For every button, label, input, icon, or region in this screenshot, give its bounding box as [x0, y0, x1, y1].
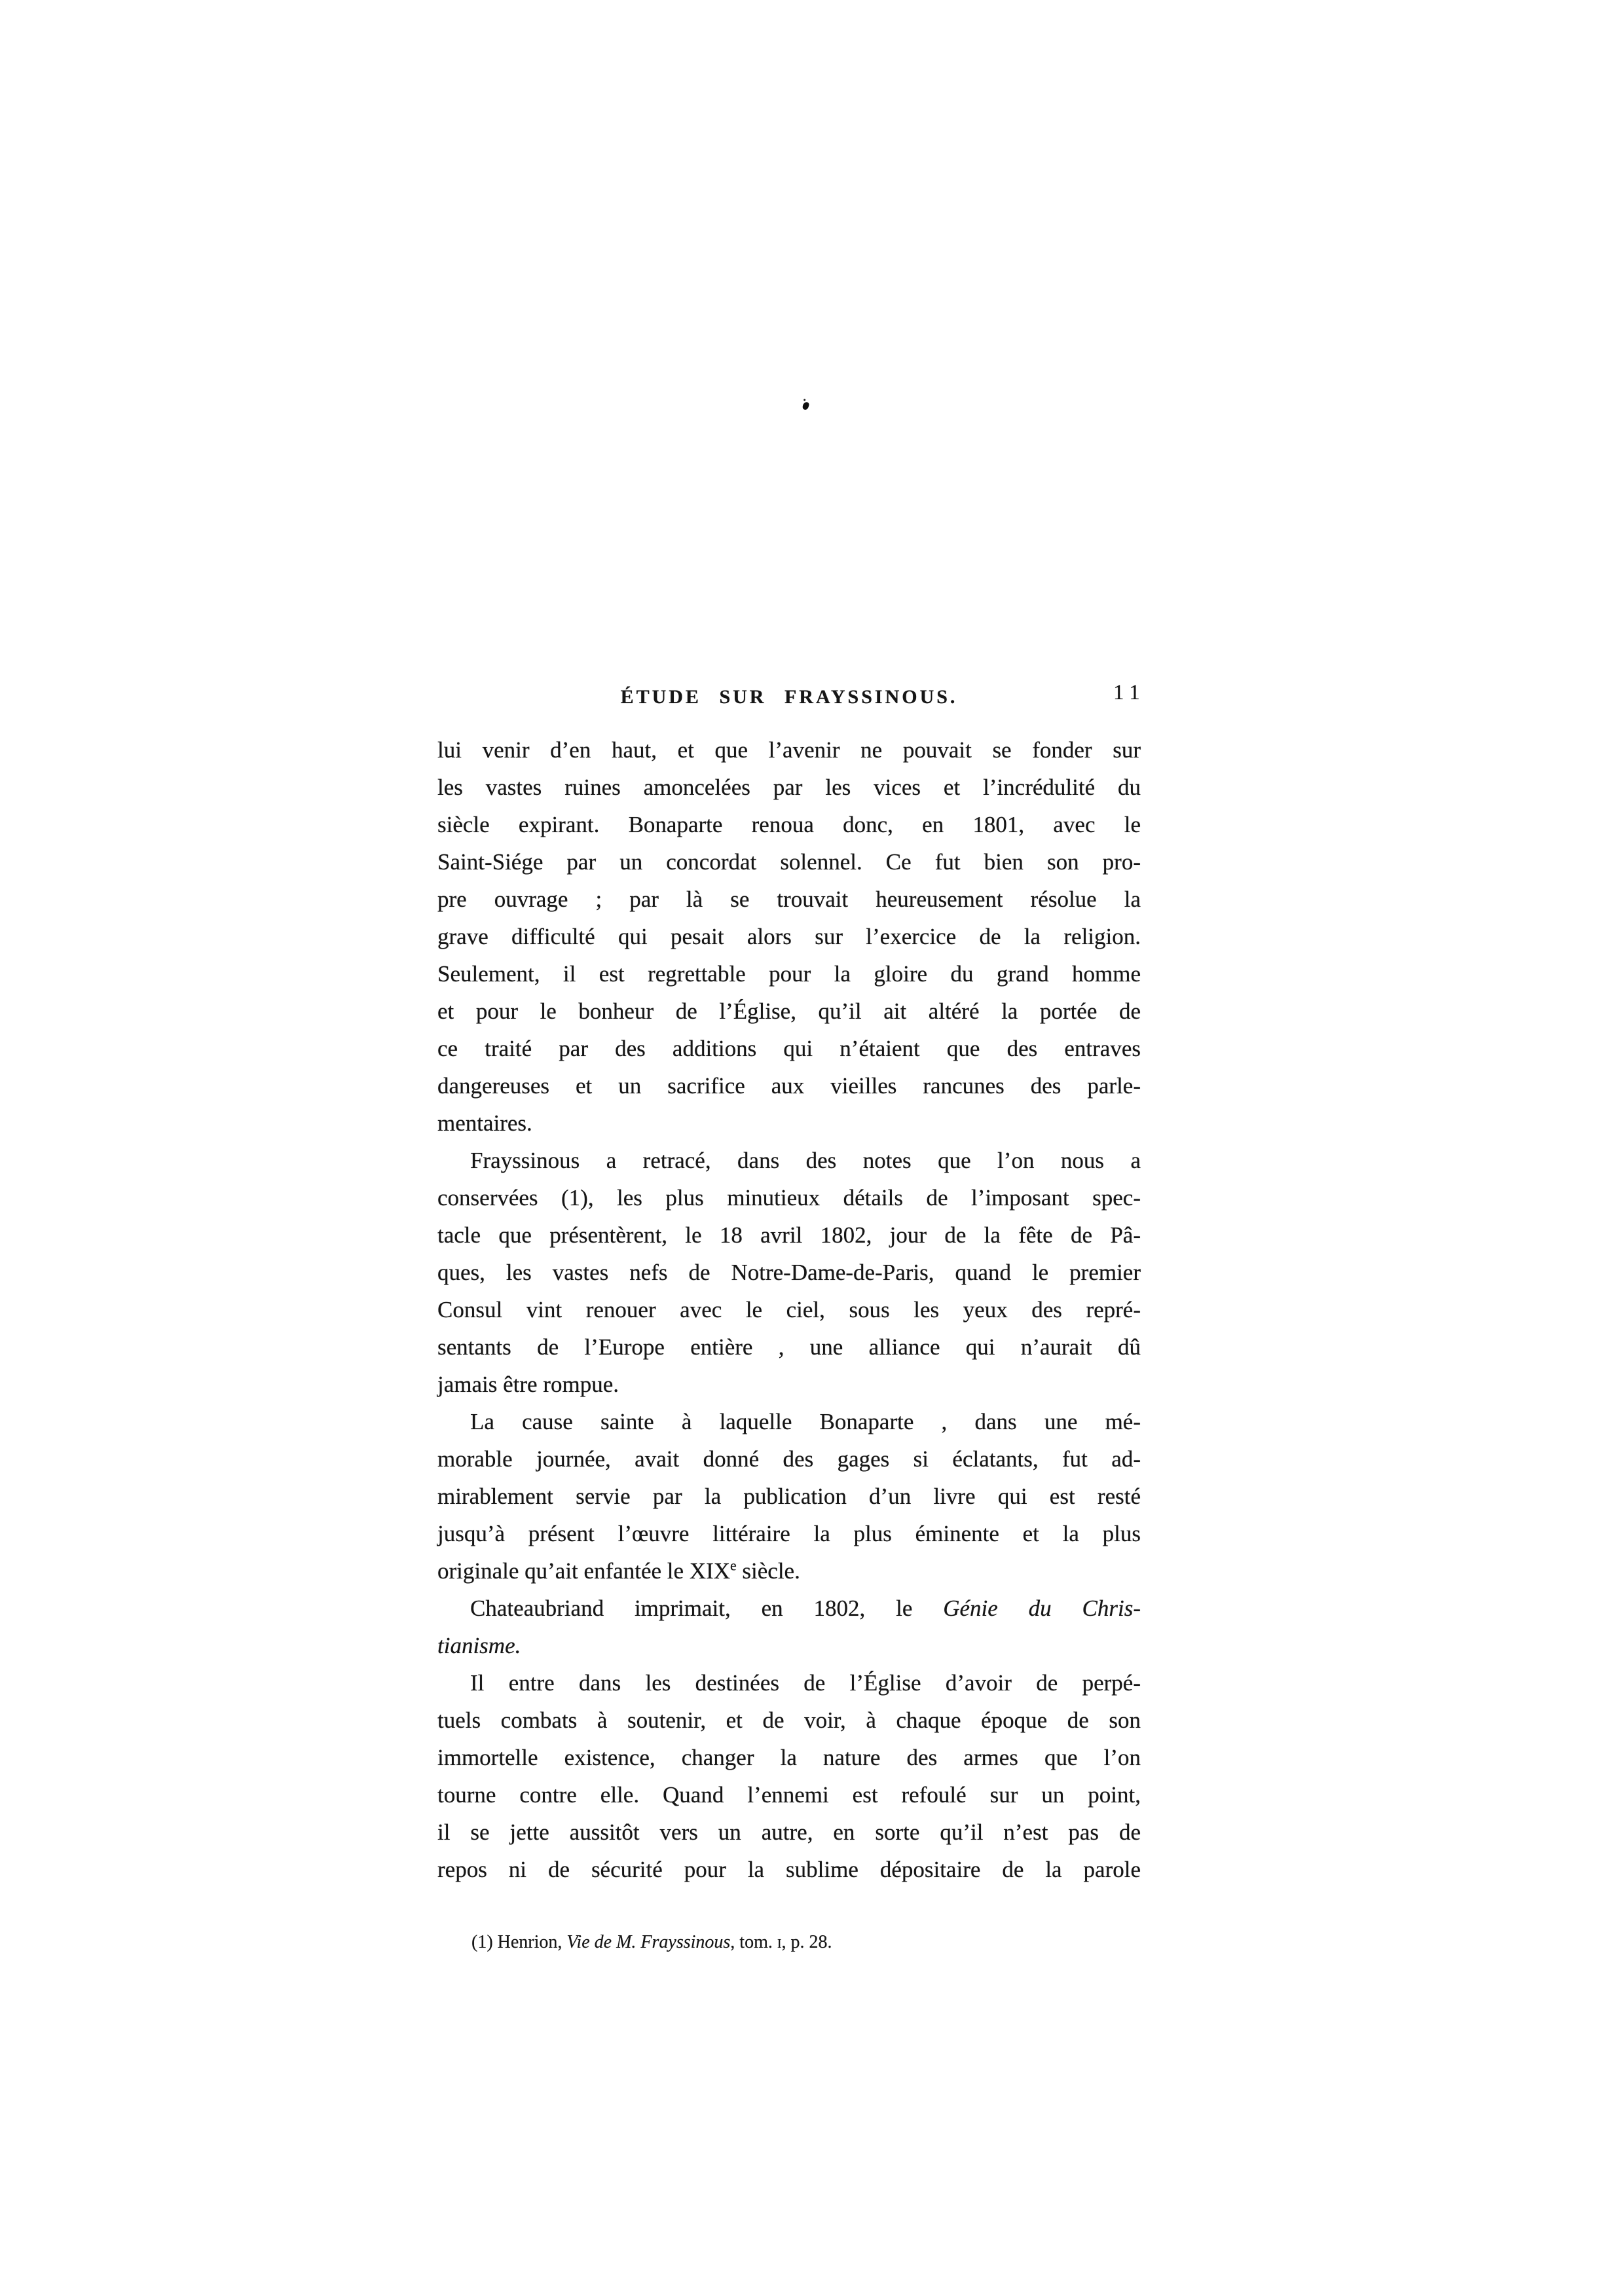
text-segment: ques, les vastes nefs de Notre-Dame-de-P…: [437, 1260, 1141, 1285]
body-line: Frayssinous a retracé, dans des notes qu…: [437, 1142, 1141, 1179]
text-segment: siècle expirant. Bonaparte renoua donc, …: [437, 812, 1141, 837]
text-segment: tacle que présentèrent, le 18 avril 1802…: [437, 1222, 1141, 1248]
text-segment: immortelle existence, changer la nature …: [437, 1745, 1141, 1770]
body-line: tuels combats à soutenir, et de voir, à …: [437, 1702, 1141, 1739]
body-line: les vastes ruines amoncelées par les vic…: [437, 769, 1141, 806]
body-line: et pour le bonheur de l’Église, qu’il ai…: [437, 993, 1141, 1030]
body-line: mentaires.: [437, 1104, 1141, 1142]
text-segment: jamais être rompue.: [437, 1372, 619, 1397]
body-line: ce traité par des additions qui n’étaien…: [437, 1030, 1141, 1067]
text-segment: , tom.: [730, 1932, 777, 1952]
body-line: dangereuses et un sacrifice aux vieilles…: [437, 1067, 1141, 1104]
text-segment: et pour le bonheur de l’Église, qu’il ai…: [437, 998, 1141, 1024]
body-line: il se jette aussitôt vers un autre, en s…: [437, 1813, 1141, 1851]
body-line: siècle expirant. Bonaparte renoua donc, …: [437, 806, 1141, 843]
text-segment: conservées (1), les plus minutieux détai…: [437, 1185, 1141, 1211]
text-segment: il se jette aussitôt vers un autre, en s…: [437, 1819, 1141, 1845]
text-segment: Frayssinous a retracé, dans des notes qu…: [470, 1148, 1141, 1173]
body-text-block: lui venir d’en haut, et que l’avenir ne …: [437, 731, 1141, 1888]
text-segment: ce traité par des additions qui n’étaien…: [437, 1036, 1141, 1061]
text-segment: Génie du Chris-: [943, 1595, 1141, 1621]
body-line: repos ni de sécurité pour la sublime dép…: [437, 1851, 1141, 1888]
text-segment: lui venir d’en haut, et que l’avenir ne …: [437, 737, 1141, 763]
text-segment: Chateaubriand imprimait, en 1802, le: [470, 1595, 943, 1621]
body-line: originale qu’ait enfantée le XIXe siècle…: [437, 1552, 1141, 1590]
body-line: Seulement, il est regrettable pour la gl…: [437, 955, 1141, 993]
text-segment: , p. 28.: [782, 1932, 832, 1952]
text-segment: morable journée, avait donné des gages s…: [437, 1446, 1141, 1472]
body-line: mirablement servie par la publication d’…: [437, 1478, 1141, 1515]
body-line: ques, les vastes nefs de Notre-Dame-de-P…: [437, 1254, 1141, 1291]
book-page: ÉTUDE SUR FRAYSSINOUS. 11 lui venir d’en…: [0, 0, 1624, 2296]
text-segment: e: [730, 1558, 737, 1573]
text-segment: dangereuses et un sacrifice aux vieilles…: [437, 1073, 1141, 1099]
ink-speck: [802, 401, 810, 410]
footnote: (1) Henrion, Vie de M. Frayssinous, tom.…: [437, 1931, 1141, 1954]
text-segment: tianisme.: [437, 1633, 521, 1658]
body-line: jamais être rompue.: [437, 1366, 1141, 1403]
text-segment: grave difficulté qui pesait alors sur l’…: [437, 924, 1141, 949]
text-segment: repos ni de sécurité pour la sublime dép…: [437, 1857, 1141, 1882]
body-line: conservées (1), les plus minutieux détai…: [437, 1179, 1141, 1216]
text-segment: sentants de l’Europe entière , une allia…: [437, 1334, 1141, 1360]
text-segment: originale qu’ait enfantée le: [437, 1558, 690, 1584]
body-line: morable journée, avait donné des gages s…: [437, 1440, 1141, 1478]
text-segment: La cause sainte à laquelle Bonaparte , d…: [470, 1409, 1141, 1434]
text-segment: jusqu’à présent l’œuvre littéraire la pl…: [437, 1521, 1141, 1546]
text-segment: XIX: [690, 1558, 730, 1584]
text-segment: Il entre dans les destinées de l’Église …: [470, 1670, 1141, 1696]
body-line: Saint-Siége par un concordat solennel. C…: [437, 843, 1141, 881]
text-segment: (1) Henrion,: [471, 1932, 566, 1952]
text-segment: Consul vint renouer avec le ciel, sous l…: [437, 1297, 1141, 1322]
text-segment: Vie de M. Frayssinous: [566, 1932, 730, 1952]
body-line: Il entre dans les destinées de l’Église …: [437, 1664, 1141, 1702]
body-line: Chateaubriand imprimait, en 1802, le Gén…: [437, 1590, 1141, 1627]
body-line: tourne contre elle. Quand l’ennemi est r…: [437, 1776, 1141, 1813]
page-number: 11: [1113, 681, 1146, 705]
text-segment: mirablement servie par la publication d’…: [437, 1484, 1141, 1509]
text-segment: pre ouvrage ; par là se trouvait heureus…: [437, 886, 1141, 912]
text-segment: les vastes ruines amoncelées par les vic…: [437, 774, 1141, 800]
body-line: Consul vint renouer avec le ciel, sous l…: [437, 1291, 1141, 1328]
body-line: lui venir d’en haut, et que l’avenir ne …: [437, 731, 1141, 769]
body-line: immortelle existence, changer la nature …: [437, 1739, 1141, 1776]
text-segment: Saint-Siége par un concordat solennel. C…: [437, 849, 1141, 875]
text-segment: siècle.: [737, 1558, 800, 1584]
body-line: tacle que présentèrent, le 18 avril 1802…: [437, 1216, 1141, 1254]
body-line: tianisme.: [437, 1627, 1141, 1664]
body-line: La cause sainte à laquelle Bonaparte , d…: [437, 1403, 1141, 1440]
text-segment: tuels combats à soutenir, et de voir, à …: [437, 1707, 1141, 1733]
text-segment: tourne contre elle. Quand l’ennemi est r…: [437, 1782, 1141, 1808]
body-line: pre ouvrage ; par là se trouvait heureus…: [437, 881, 1141, 918]
body-line: grave difficulté qui pesait alors sur l’…: [437, 918, 1141, 955]
text-segment: i: [777, 1932, 782, 1952]
body-line: sentants de l’Europe entière , une allia…: [437, 1328, 1141, 1366]
text-segment: mentaires.: [437, 1110, 532, 1136]
text-segment: Seulement, il est regrettable pour la gl…: [437, 961, 1141, 987]
running-header-title: ÉTUDE SUR FRAYSSINOUS.: [437, 686, 1141, 708]
body-line: jusqu’à présent l’œuvre littéraire la pl…: [437, 1515, 1141, 1552]
